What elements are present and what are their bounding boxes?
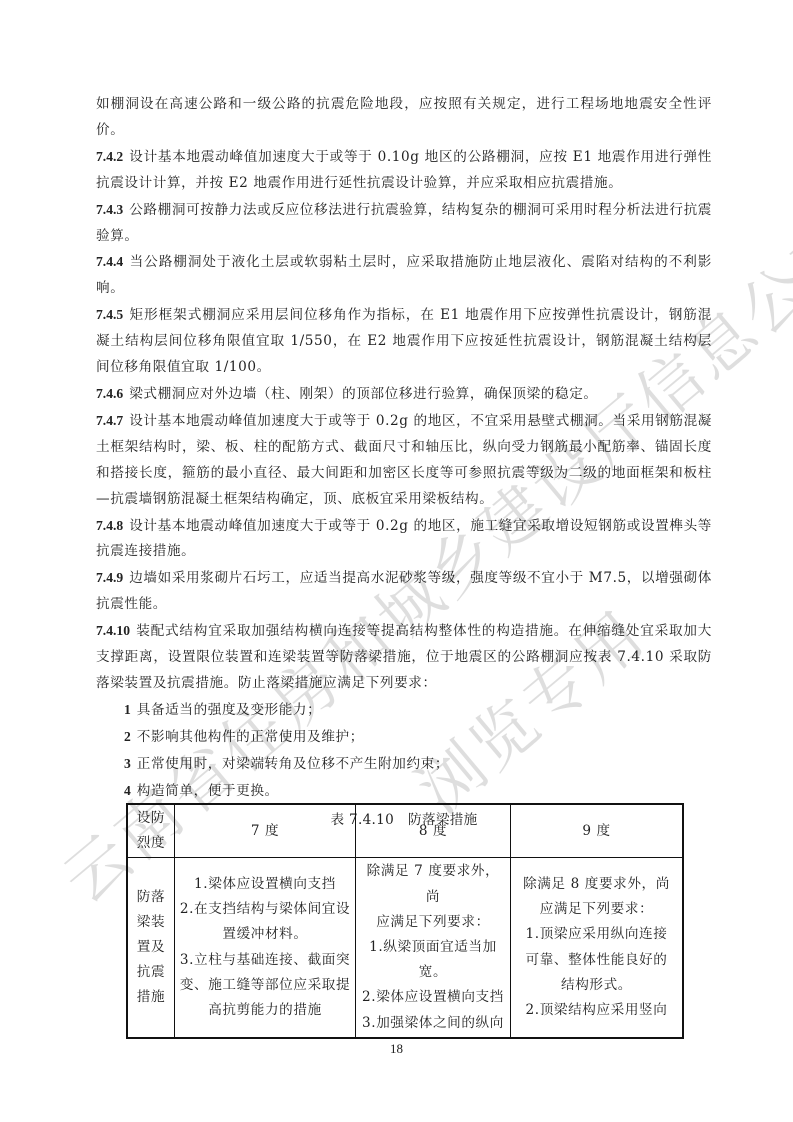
clause-number: 7.4.6 xyxy=(96,386,123,401)
cell-line: 宽。 xyxy=(360,960,506,985)
clause-7-4-3: 7.4.3公路棚洞可按静力法或反应位移法进行抗震验算，结构复杂的棚洞可采用时程分… xyxy=(96,197,712,250)
clause-number: 7.4.3 xyxy=(96,202,123,217)
list-item-2: 2不影响其他构件的正常使用及维护； xyxy=(96,724,712,751)
list-item-3: 3正常使用时，对梁端转角及位移不产生附加约束； xyxy=(96,751,712,778)
header-line: 烈度 xyxy=(132,831,170,856)
list-item-text: 具备适当的强度及变形能力； xyxy=(137,702,322,718)
clause-number: 7.4.9 xyxy=(96,570,123,585)
clause-number: 7.4.4 xyxy=(96,254,123,269)
list-item-text: 正常使用时，对梁端转角及位移不产生附加约束； xyxy=(137,756,449,772)
cell-line: 变、施工缝等部位应采取提 xyxy=(179,973,351,998)
clause-7-4-7: 7.4.7设计基本地震动峰值加速度大于或等于 0.2g 的地区，不宜采用悬壁式棚… xyxy=(96,408,712,513)
cell-line: 2.梁体应设置横向支挡 xyxy=(360,985,506,1010)
cell-line: 应满足下列要求： xyxy=(360,910,506,935)
clause-text: 装配式结构宜采取加强结构横向连接等提高结构整体性的构造措施。在伸缩缝处宜采取加大… xyxy=(96,623,712,691)
table-header-row: 设防 烈度 7 度 8 度 9 度 xyxy=(127,804,683,858)
header-deg7: 7 度 xyxy=(175,804,356,858)
row-label-line: 措施 xyxy=(132,985,170,1010)
row-label-line: 防落 xyxy=(132,885,170,910)
table-row: 防落 梁装 置及 抗震 措施 1.梁体应设置横向支挡 2.在支挡结构与梁体间宜设… xyxy=(127,858,683,1038)
list-item-1: 1具备适当的强度及变形能力； xyxy=(96,697,712,724)
cell-deg9: 除满足 8 度要求外，尚 应满足下列要求： 1.顶梁应采用纵向连接 可靠、整体性… xyxy=(511,858,684,1038)
list-item-number: 3 xyxy=(124,756,131,771)
clause-number: 7.4.8 xyxy=(96,518,123,533)
cell-line: 结构形式。 xyxy=(515,973,678,998)
header-line: 设防 xyxy=(132,806,170,831)
paragraph-text: 如棚洞设在高速公路和一级公路的抗震危险地段，应按照有关规定，进行工程场地地震安全… xyxy=(96,96,712,138)
cell-line: 除满足 8 度要求外，尚 xyxy=(515,872,678,897)
cell-line: 应满足下列要求： xyxy=(515,897,678,922)
cell-line: 1.顶梁应采用纵向连接 xyxy=(515,922,678,947)
cell-line: 3.立柱与基础连接、截面突 xyxy=(179,948,351,973)
list-item-text: 不影响其他构件的正常使用及维护； xyxy=(137,729,364,745)
cell-line: 置缓冲材料。 xyxy=(179,922,351,947)
anti-fall-beam-table: 设防 烈度 7 度 8 度 9 度 防落 梁装 置及 抗震 措施 1.梁体应设置… xyxy=(126,803,684,1039)
list-item-number: 1 xyxy=(124,702,131,717)
clause-text: 设计基本地震动峰值加速度大于或等于 0.2g 的地区，不宜采用悬壁式棚洞。当采用… xyxy=(96,413,712,507)
page-number: 18 xyxy=(0,1041,793,1057)
cell-line: 3.加强梁体之间的纵向 xyxy=(360,1011,506,1036)
list-item-text: 构造简单，便于更换。 xyxy=(137,783,279,799)
row-label-line: 梁装 xyxy=(132,910,170,935)
clause-text: 梁式棚洞应对外边墙（柱、刚架）的顶部位移进行验算，确保顶梁的稳定。 xyxy=(129,386,597,402)
clause-7-4-8: 7.4.8设计基本地震动峰值加速度大于或等于 0.2g 的地区，施工缝宜采取增设… xyxy=(96,513,712,566)
clause-text: 边墙如采用浆砌片石圬工，应适当提高水泥砂浆等级，强度等级不宜小于 M7.5，以增… xyxy=(96,570,712,612)
header-deg9: 9 度 xyxy=(511,804,684,858)
clause-text: 矩形框架式棚洞应采用层间位移角作为指标，在 E1 地震作用下应按弹性抗震设计，钢… xyxy=(96,307,712,375)
clause-text: 公路棚洞可按静力法或反应位移法进行抗震验算，结构复杂的棚洞可采用时程分析法进行抗… xyxy=(96,202,712,244)
clause-7-4-6: 7.4.6梁式棚洞应对外边墙（柱、刚架）的顶部位移进行验算，确保顶梁的稳定。 xyxy=(96,381,712,408)
cell-line: 可靠、整体性能良好的 xyxy=(515,948,678,973)
list-item-4: 4构造简单，便于更换。 xyxy=(96,778,712,805)
row-label-line: 置及 xyxy=(132,935,170,960)
clause-text: 当公路棚洞处于液化土层或软弱粘土层时，应采取措施防止地层液化、震陷对结构的不利影… xyxy=(96,254,712,296)
list-item-number: 2 xyxy=(124,729,131,744)
document-body: 如棚洞设在高速公路和一级公路的抗震危险地段，应按照有关规定，进行工程场地地震安全… xyxy=(96,92,712,840)
cell-deg7: 1.梁体应设置横向支挡 2.在支挡结构与梁体间宜设 置缓冲材料。 3.立柱与基础… xyxy=(175,858,356,1038)
clause-text: 设计基本地震动峰值加速度大于或等于 0.2g 的地区，施工缝宜采取增设短钢筋或设… xyxy=(96,518,712,560)
row-label: 防落 梁装 置及 抗震 措施 xyxy=(127,858,175,1038)
cell-line: 1.梁体应设置横向支挡 xyxy=(179,872,351,897)
clause-number: 7.4.5 xyxy=(96,307,123,322)
clause-7-4-5: 7.4.5矩形框架式棚洞应采用层间位移角作为指标，在 E1 地震作用下应按弹性抗… xyxy=(96,302,712,381)
clause-7-4-9: 7.4.9边墙如采用浆砌片石圬工，应适当提高水泥砂浆等级，强度等级不宜小于 M7… xyxy=(96,565,712,618)
clause-number: 7.4.7 xyxy=(96,413,123,428)
clause-text: 设计基本地震动峰值加速度大于或等于 0.10g 地区的公路棚洞，应按 E1 地震… xyxy=(96,149,712,191)
clause-number: 7.4.10 xyxy=(96,623,130,638)
cell-line: 2.在支挡结构与梁体间宜设 xyxy=(179,897,351,922)
clause-7-4-4: 7.4.4当公路棚洞处于液化土层或软弱粘土层时，应采取措施防止地层液化、震陷对结… xyxy=(96,249,712,302)
document-page: 云南省住房和城乡建设厅信息公开 浏览专用 如棚洞设在高速公路和一级公路的抗震危险… xyxy=(0,0,793,1122)
list-item-number: 4 xyxy=(124,783,131,798)
cell-line: 除满足 7 度要求外，尚 xyxy=(360,859,506,909)
cell-line: 2.顶梁结构应采用竖向 xyxy=(515,998,678,1023)
cell-line: 1.纵梁顶面宜适当加 xyxy=(360,935,506,960)
cell-line: 高抗剪能力的措施 xyxy=(179,998,351,1023)
cell-deg8: 除满足 7 度要求外，尚 应满足下列要求： 1.纵梁顶面宜适当加 宽。 2.梁体… xyxy=(356,858,511,1038)
header-deg8: 8 度 xyxy=(356,804,511,858)
header-intensity: 设防 烈度 xyxy=(127,804,175,858)
paragraph-continuation: 如棚洞设在高速公路和一级公路的抗震危险地段，应按照有关规定，进行工程场地地震安全… xyxy=(96,92,712,144)
clause-number: 7.4.2 xyxy=(96,149,123,164)
clause-7-4-10: 7.4.10装配式结构宜采取加强结构横向连接等提高结构整体性的构造措施。在伸缩缝… xyxy=(96,618,712,697)
clause-7-4-2: 7.4.2设计基本地震动峰值加速度大于或等于 0.10g 地区的公路棚洞，应按 … xyxy=(96,144,712,197)
row-label-line: 抗震 xyxy=(132,960,170,985)
